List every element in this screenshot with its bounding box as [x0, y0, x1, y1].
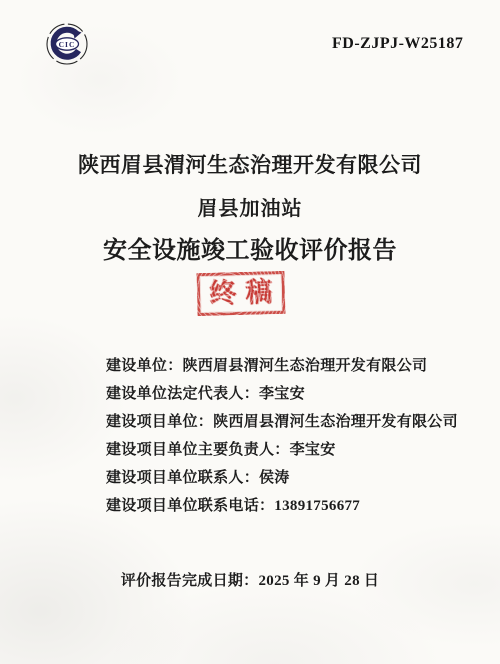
report-title: 安全设施竣工验收评价报告 [0, 230, 500, 265]
info-line-contact-person: 建设项目单位联系人：侯涛 [106, 469, 458, 487]
info-line-contact-phone: 建设项目单位联系电话：13891756677 [106, 497, 458, 515]
cic-logo-text: CIC [59, 40, 76, 49]
cic-logo: CIC [45, 22, 89, 66]
document-page: CIC FD-ZJPJ-W25187 陕西眉县渭河生态治理开发有限公司 眉县加油… [0, 0, 500, 664]
report-completion-date: 评价报告完成日期：2025 年 9 月 28 日 [0, 569, 500, 590]
info-block: 建设单位：陕西眉县渭河生态治理开发有限公司 建设单位法定代表人：李宝安 建设项目… [106, 357, 458, 525]
info-line-legal-representative: 建设单位法定代表人：李宝安 [106, 385, 458, 403]
document-code: FD-ZJPJ-W25187 [332, 35, 492, 53]
info-line-project-unit: 建设项目单位：陕西眉县渭河生态治理开发有限公司 [106, 413, 458, 431]
cic-logo-icon: CIC [45, 22, 89, 66]
info-line-construction-unit: 建设单位：陕西眉县渭河生态治理开发有限公司 [106, 357, 458, 375]
info-line-principal: 建设项目单位主要负责人：李宝安 [106, 441, 458, 459]
stamp-text: 终稿 [209, 279, 282, 308]
company-name-title: 陕西眉县渭河生态治理开发有限公司 [0, 149, 500, 179]
project-site-title: 眉县加油站 [0, 192, 500, 221]
final-draft-stamp: 终稿 [196, 271, 285, 316]
